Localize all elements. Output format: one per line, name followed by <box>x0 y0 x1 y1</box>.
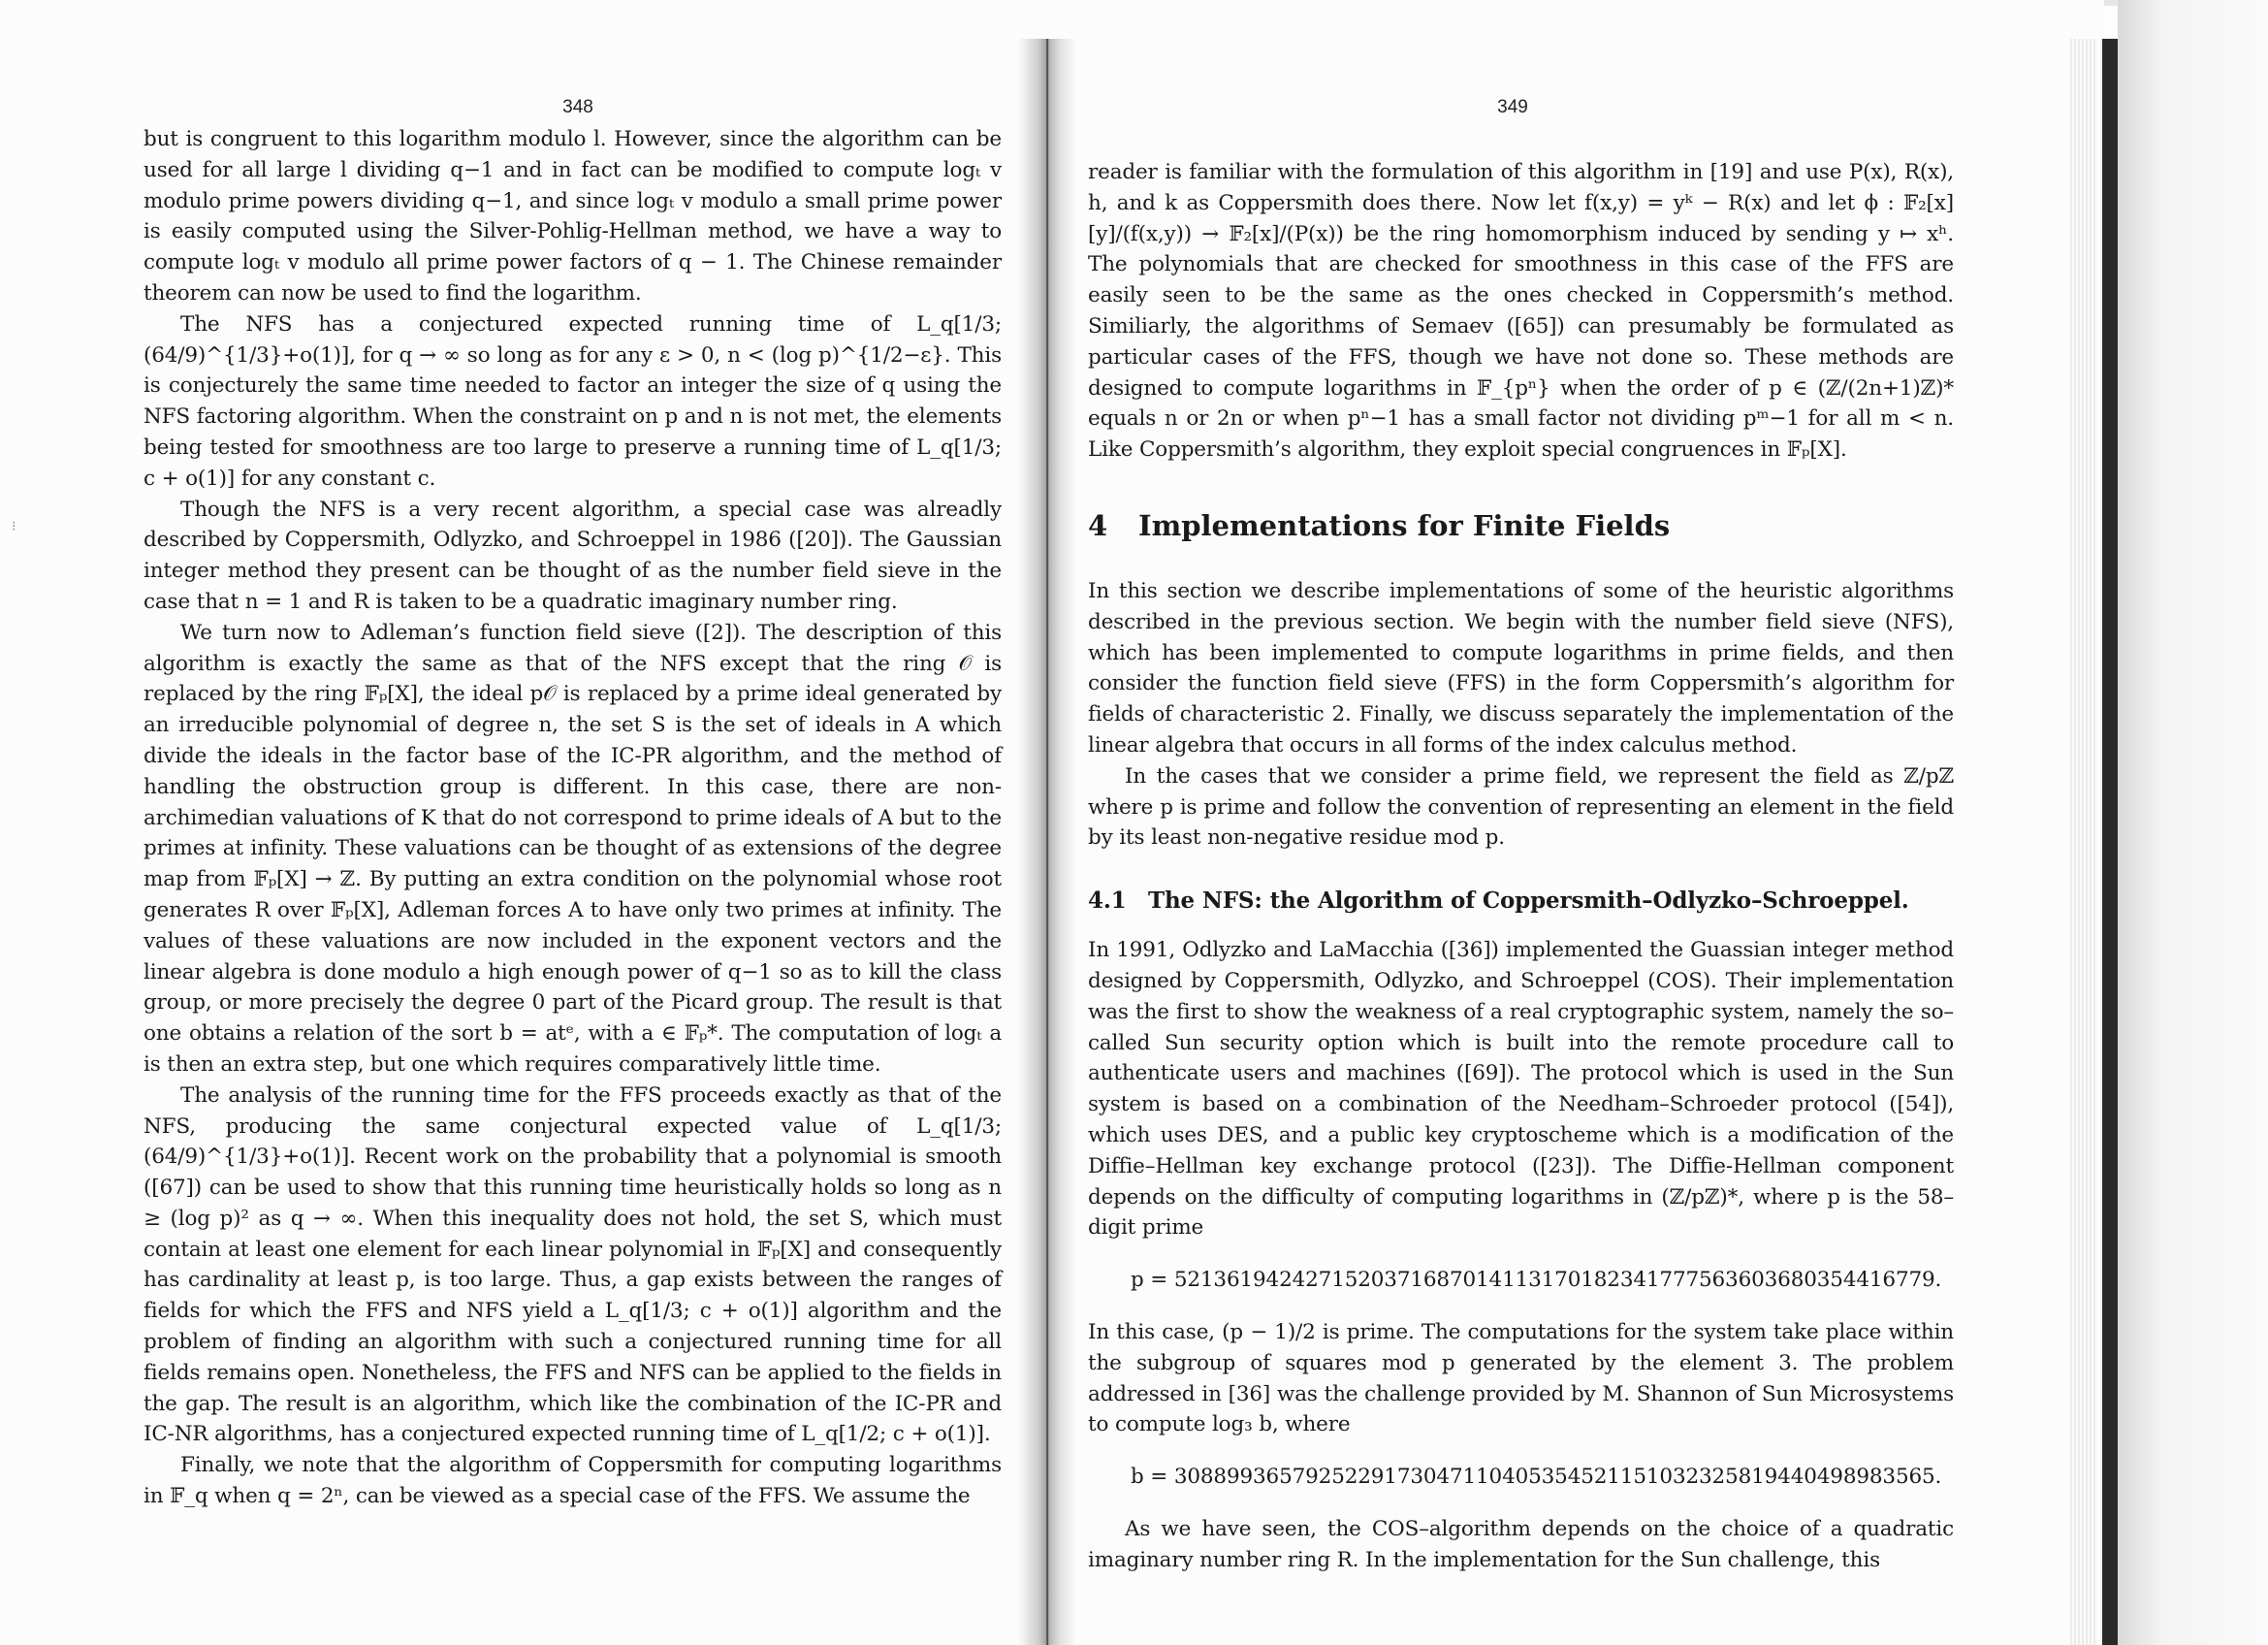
subsection-heading: 4.1The NFS: the Algorithm of Coppersmith… <box>1088 887 1954 916</box>
paragraph: In this case, (p − 1)/2 is prime. The co… <box>1088 1317 1954 1440</box>
section-number: 4 <box>1088 508 1138 543</box>
margin-mark: ⁝ <box>12 519 23 538</box>
paragraph: We turn now to Adleman’s function field … <box>144 618 1002 1081</box>
paragraph: The NFS has a conjectured expected runni… <box>144 309 1002 495</box>
page-edge-shadow <box>2102 39 2118 1645</box>
book-gutter-shadow <box>1018 39 1076 1645</box>
subsection-title: The NFS: the Algorithm of Coppersmith–Od… <box>1148 887 1909 914</box>
scanner-background <box>2118 0 2268 1645</box>
page-number: 349 <box>1464 97 1561 118</box>
paragraph: but is congruent to this logarithm modul… <box>144 124 1002 309</box>
paragraph: In 1991, Odlyzko and LaMacchia ([36]) im… <box>1088 935 1954 1243</box>
section-title: Implementations for Finite Fields <box>1138 509 1670 542</box>
paragraph: reader is familiar with the formulation … <box>1088 157 1954 466</box>
section-heading: 4Implementations for Finite Fields <box>1088 508 1954 543</box>
equation-b: b = 308899365792522917304711040535452115… <box>1131 1462 1954 1493</box>
page-number: 348 <box>529 97 626 118</box>
paragraph: As we have seen, the COS–algorithm depen… <box>1088 1514 1954 1576</box>
paragraph: In the cases that we consider a prime fi… <box>1088 761 1954 854</box>
paragraph: Finally, we note that the algorithm of C… <box>144 1450 1002 1512</box>
paragraph: The analysis of the running time for the… <box>144 1081 1002 1451</box>
book-spread: 348 ⁝ but is congruent to this logarithm… <box>0 0 2268 1645</box>
subsection-number: 4.1 <box>1088 887 1148 916</box>
page-edge-stack <box>2070 39 2097 1645</box>
right-page: 349 reader is familiar with the formulat… <box>1042 0 2104 1645</box>
equation-p: p = 521361942427152037168701411317018234… <box>1131 1265 1954 1296</box>
paragraph: Though the NFS is a very recent algorith… <box>144 495 1002 618</box>
left-page-body: but is congruent to this logarithm modul… <box>144 124 1002 1512</box>
right-page-body: reader is familiar with the formulation … <box>1088 157 1954 1575</box>
left-page: 348 ⁝ but is congruent to this logarithm… <box>0 0 1042 1645</box>
paragraph: In this section we describe implementati… <box>1088 576 1954 761</box>
